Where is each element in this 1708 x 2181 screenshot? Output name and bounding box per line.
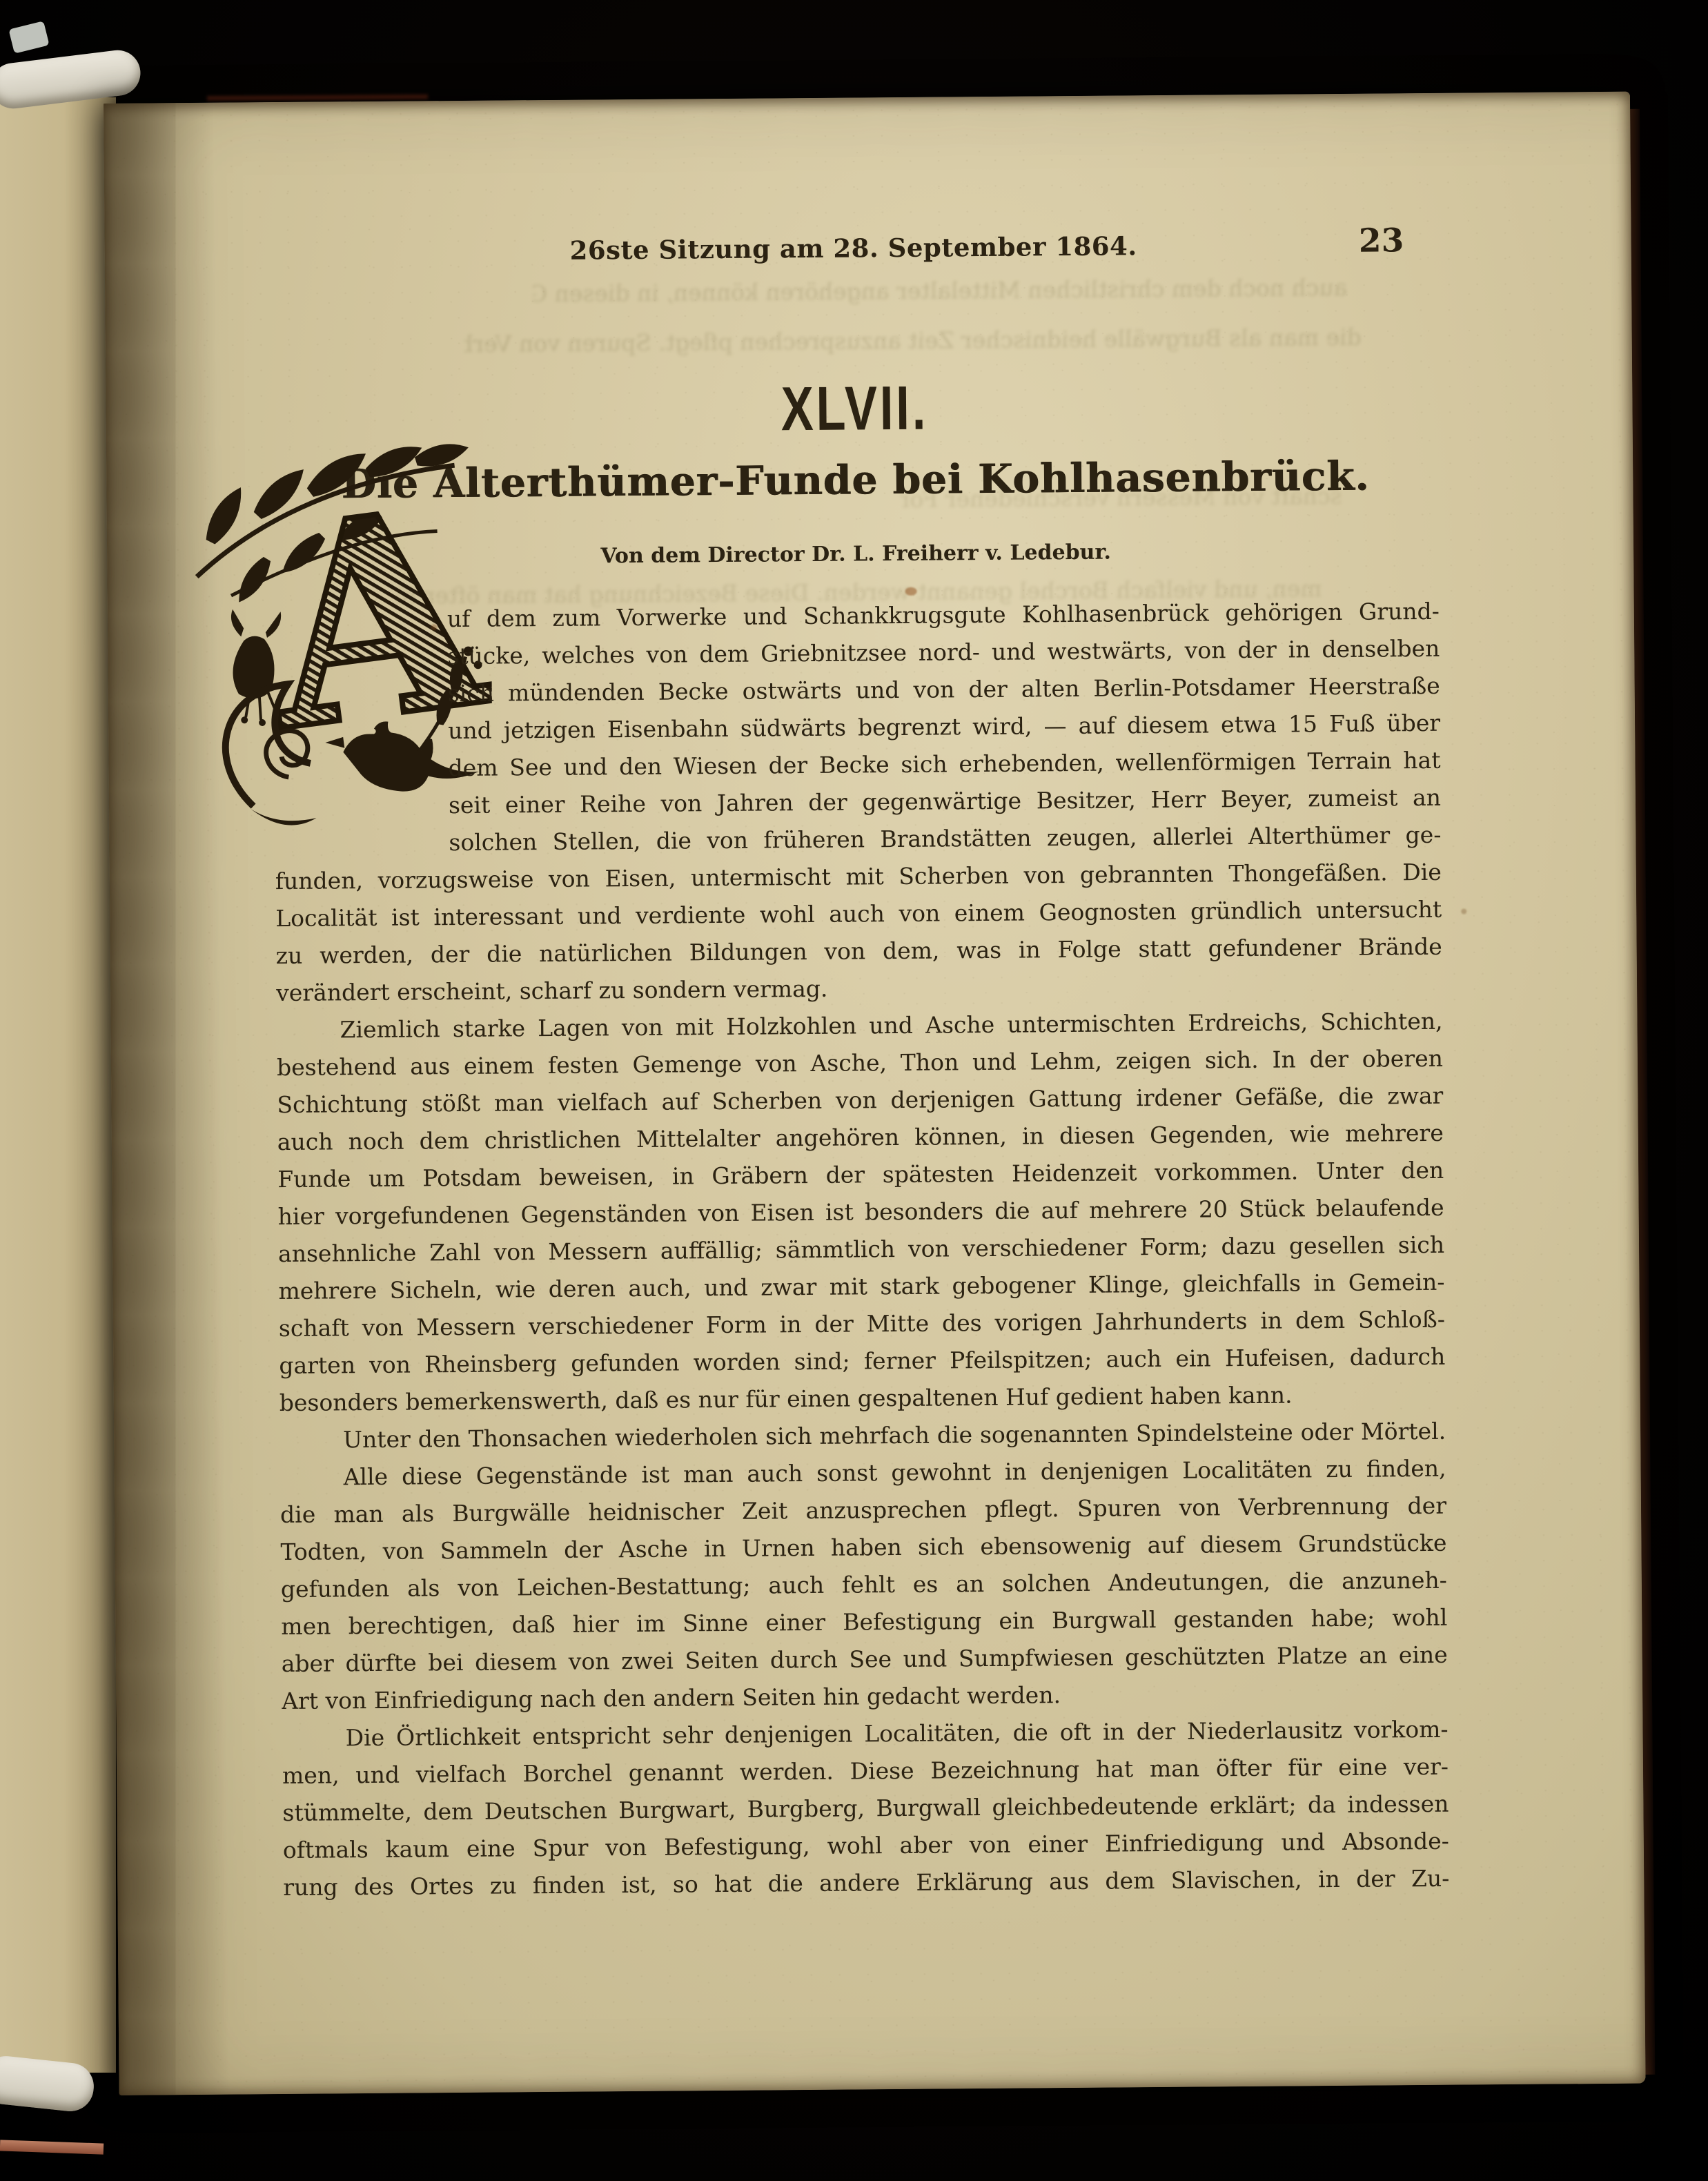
bleed-through-text: die man als Burgwälle heidnischer Zeit a… [464, 322, 1362, 360]
foxing-stain [905, 587, 917, 596]
gutter-shadow [104, 103, 230, 2095]
left-page-stack [0, 97, 116, 2073]
background-sliver [8, 21, 49, 54]
book-page: auch noch dem christlichen Mittelalter a… [104, 92, 1646, 2095]
article-body: uf dem zum Vorwerke und Schankkrugsgute … [273, 593, 1450, 1906]
edge-coloring [207, 95, 428, 101]
article-number: XLVII. [400, 370, 1310, 448]
foxing-stain [1461, 909, 1466, 915]
bleed-through-text: auch noch dem christlichen Mittelalter a… [533, 272, 1347, 310]
page-number: 23 [1339, 222, 1422, 260]
red-page-edge [0, 2140, 104, 2154]
book-scan: auch noch dem christlichen Mittelalter a… [0, 0, 1708, 2181]
running-header: 26ste Sitzung am 28. September 1864. [271, 228, 1437, 268]
